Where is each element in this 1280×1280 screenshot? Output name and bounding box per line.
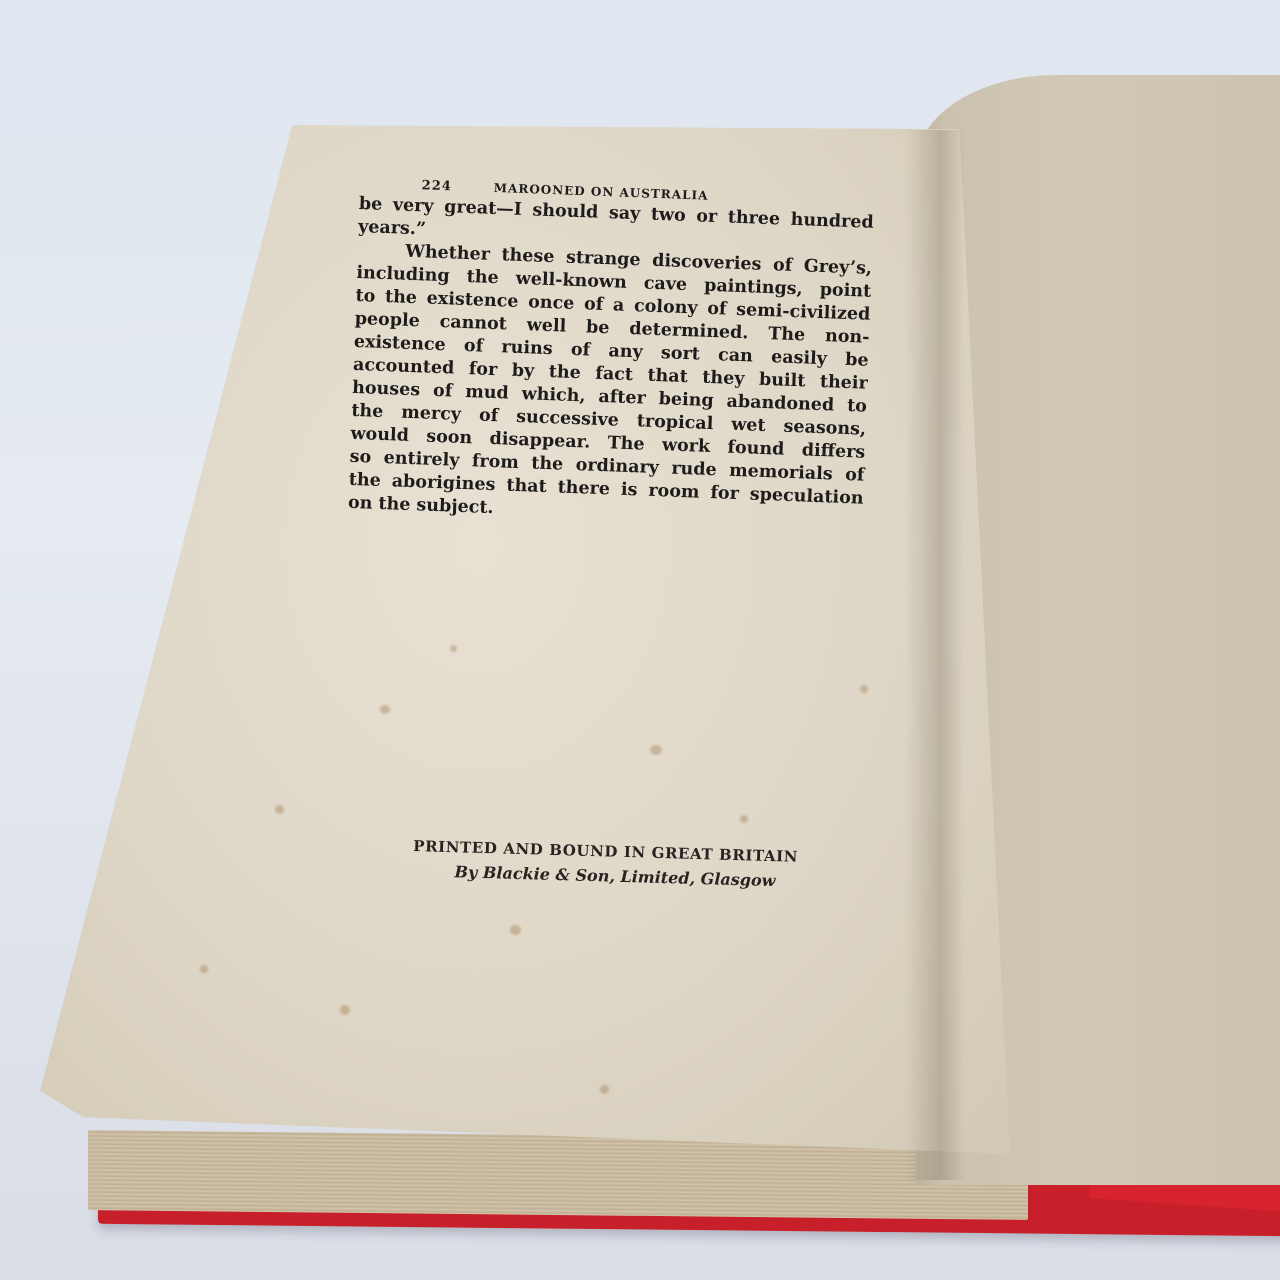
foxing-spot [275, 805, 284, 814]
body-paragraphs: be very great—I should say two or three … [348, 193, 874, 534]
foxing-spot [340, 1005, 350, 1015]
foxing-spot [450, 645, 457, 652]
book-photo: 224 MAROONED ON AUSTRALIA be very great—… [0, 0, 1280, 1280]
foxing-spot [650, 745, 662, 755]
foxing-spot [380, 705, 390, 714]
foxing-spot [740, 815, 748, 823]
foxing-spot [510, 925, 521, 935]
foxing-spot [200, 965, 208, 973]
book-gutter-shadow [905, 130, 965, 1180]
page-number: 224 [421, 178, 452, 194]
page-text-block: 224 MAROONED ON AUSTRALIA be very great—… [348, 176, 875, 534]
foxing-spot [860, 685, 868, 693]
foxing-spot [600, 1085, 609, 1094]
